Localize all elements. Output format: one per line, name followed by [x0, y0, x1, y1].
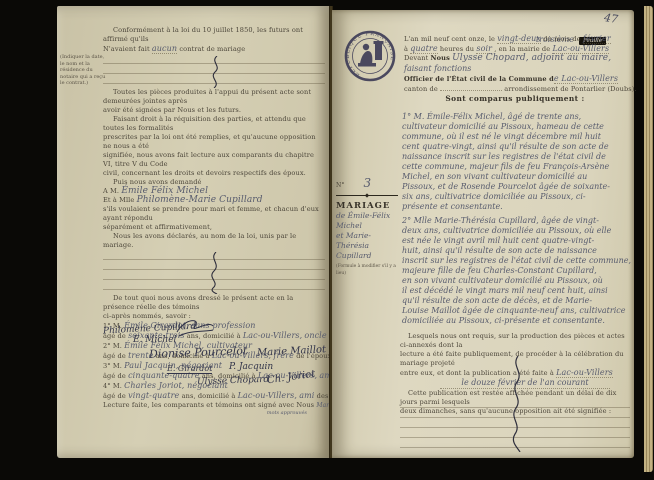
devant-line: Devant Nous Ulysse Chopard, adjoint au m…: [404, 54, 626, 63]
formule-note: (Formule à modifier s'il y a lieu): [336, 264, 398, 277]
droit-line3: signifiée, nous avons fait lecture aux c…: [103, 151, 325, 169]
nous-printed: Nous: [431, 54, 450, 62]
bride-paragraph-line: qu'il résulte de son acte de décès, et d…: [402, 296, 632, 306]
groom-paragraph-line: six ans, cultivatrice domiciliée au Piss…: [402, 192, 630, 202]
bride-name-handwritten: Philomène-Marie Cupillard: [137, 195, 263, 205]
pieces-line2: avoir été signées par Nous et les futurs…: [103, 106, 325, 115]
act-number-handwritten: 3: [364, 176, 372, 190]
bride-paragraph-line: huit, ainsi qu'il résulte de son acte de…: [402, 246, 632, 256]
void-squiggle-icon: [207, 56, 225, 88]
republique-francaise-stamp-icon: RÉPUBLIQUE FRANÇAISE: [344, 30, 396, 82]
no-contract-handwritten: aucun: [152, 44, 177, 54]
bride-paragraph-line: inscrit sur les registres de l'état civi…: [402, 256, 632, 266]
commune-handwritten: e Lac-ou-Villers: [554, 74, 618, 84]
opening-formula: L'an mil neuf cent onze, le vingt-deux d…: [404, 34, 626, 103]
bride-paragraph-line: majeure fille de feu Charles-Constant Cu…: [402, 266, 632, 276]
groom-paragraph-line: Pissoux, et de Rosende Pourcelot âgée de…: [402, 182, 630, 192]
bride-paragraph-line: deux ans, cultivatrice domiciliée au Pis…: [402, 226, 632, 236]
canton-line: canton de arrondissement de Pontarlier (…: [404, 84, 626, 94]
date-mid-printed: du mois de: [543, 35, 581, 43]
canton-blank: [440, 84, 502, 91]
blank-ruled-area-1: [103, 54, 325, 88]
union-line: Nous les avons déclarés, au nom de la lo…: [103, 232, 325, 250]
officier-printed: Officier de l'État civil de la Commune d: [404, 75, 554, 83]
groom-paragraph-line: commune, où il est né le vingt décembre …: [402, 132, 630, 142]
publication-place-handwritten: Lac-ou-Villers: [556, 368, 613, 378]
conformity-line2-printed: N'avaient fait: [103, 45, 150, 53]
approved-words-note: mots approuvés: [103, 410, 325, 416]
void-squiggle-icon: [205, 252, 225, 294]
lecture-line: Lecture faite, les comparants et témoins…: [103, 401, 325, 410]
date-line: L'an mil neuf cent onze, le vingt-deux d…: [404, 34, 626, 44]
devant-printed: Devant: [404, 54, 428, 62]
groom-mother-signature: Dionise Pourcelot: [149, 344, 248, 360]
groom-paragraph-line: cette commune, majeur fils de feu Franço…: [402, 162, 630, 172]
bride-paragraph-line: domiciliée au Pissoux, ci-présente et co…: [402, 316, 632, 326]
groom-signature: E. Michel: [133, 335, 176, 345]
bride-paragraph-line: en son vivant cultivateur domicilié au P…: [402, 276, 632, 286]
bride-paragraph-line: Louise Maillot âgée de cinquante-neuf an…: [402, 306, 632, 316]
date-month-handwritten: février: [583, 34, 611, 44]
bride-label: Et à Mlle: [103, 196, 134, 204]
left-register-page: (Indiquer la date, le nom et la résidenc…: [57, 6, 330, 458]
groom-paragraph-line: 1° M. Émile-Félix Michel, âgé de trente …: [402, 112, 630, 122]
arrondissement-printed: arrondissement de Pontarlier (Doubs).: [504, 85, 636, 93]
requis-line1: Lesquels nous ont requis, sur la product…: [400, 332, 632, 350]
paraphe-flourish-icon: [175, 316, 215, 338]
folio-corner-number: 47: [603, 11, 619, 26]
publication-place-printed: entre eux, et dont la publication a été …: [400, 369, 554, 377]
groom-paragraph-line: cultivateur domicilié au Pissoux, hameau…: [402, 122, 630, 132]
consent-line1: s'ils voulaient se prendre pour mari et …: [103, 205, 325, 223]
witness4-signature: Ch. Joriot: [266, 369, 316, 387]
blank-ruled-area-2: [103, 250, 325, 294]
signature-block: Philomène Cupillard E. Michel Dionise Po…: [57, 322, 330, 402]
comparus-heading: Sont comparus publiquement :: [404, 94, 626, 103]
groom-paragraph-line: présente et consentante.: [402, 202, 630, 212]
officer-name-handwritten: Ulysse Chopard, adjoint au maire,: [452, 53, 611, 63]
groom-paragraph-line: Michel, en son vivant cultivateur domici…: [402, 172, 630, 182]
page-edge-stack: [644, 6, 653, 472]
hour-handwritten: quatre: [410, 44, 437, 54]
groom-label: A M.: [103, 187, 119, 195]
officer-signature: Ulysse Chopard: [197, 375, 270, 388]
droit-line2: prescrites par la loi ont été remplies, …: [103, 133, 325, 151]
conformity-line2: N'avaient fait aucun contrat de mariage: [103, 44, 325, 54]
margin-bride-name: et Marie-Thérésia: [336, 231, 398, 251]
mairie-printed: , en la mairie de: [494, 45, 550, 53]
witness3-signature: P. Jacquin: [229, 362, 273, 372]
fonctions-handwritten: faisant fonctions: [404, 63, 626, 74]
groom-paragraph: 1° M. Émile-Félix Michel, âgé de trente …: [402, 112, 630, 212]
bride-line: Et à Mlle Philomène-Marie Cupillard: [103, 196, 325, 205]
lecture-printed: Lecture faite, les comparants et témoins…: [103, 401, 314, 409]
bride-paragraph: 2° Mlle Marie-Thérésia Cupillard, âgée d…: [402, 216, 632, 326]
margin-ornament-rule: [336, 195, 398, 196]
groom-paragraph-line: cent quatre-vingt, ainsi qu'il résulte d…: [402, 142, 630, 152]
bride-paragraph-line: il est décédé le vingt mars mil neuf cen…: [402, 286, 632, 296]
hour-mid-printed: heures du: [440, 45, 474, 53]
register-photo: { "left": { "margin_note": "(Indiquer la…: [0, 0, 654, 480]
witness1-signature: E. Girardot: [167, 364, 212, 374]
pieces-line1: Toutes les pièces produites à l'appui du…: [103, 88, 325, 106]
date-day-handwritten: vingt-deux: [497, 34, 541, 44]
conformity-line1: Conformément à la loi du 10 juillet 1850…: [103, 26, 325, 44]
void-squiggle-icon: [506, 356, 528, 452]
blank-ruled-area-3: [400, 398, 630, 448]
bride-paragraph-line: est née le vingt avril mil huit cent qua…: [402, 236, 632, 246]
date-printed: L'an mil neuf cent onze, le: [404, 35, 495, 43]
officier-line: Officier de l'État civil de la Commune d…: [404, 74, 626, 84]
hour-pre-printed: à: [404, 45, 408, 53]
act-margin-block: N° 3 MARIAGE de Émile-Félix Michel et Ma…: [336, 172, 398, 277]
temoins-line1: De tout quoi nous avons dressé le présen…: [103, 294, 325, 312]
act-number-label: N°: [336, 182, 344, 189]
mariage-heading: MARIAGE: [336, 201, 398, 211]
right-register-page: 47 troisième Feuille RÉPUBLIQUE FRANÇAIS…: [332, 10, 634, 458]
act-number-line: N° 3: [336, 172, 398, 191]
bride-mother-signature: Marie Maillot: [257, 344, 327, 359]
droit-line1: Faisant droit à la réquisition des parti…: [103, 115, 325, 133]
conformity-line2-end: contrat de mariage: [179, 45, 245, 53]
droit-line4: civil, concernant les droits et devoirs …: [103, 169, 325, 178]
bride-paragraph-line: 2° Mlle Marie-Thérésia Cupillard, âgée d…: [402, 216, 632, 226]
canton-printed: canton de: [404, 85, 438, 93]
consent-line2: séparément et affirmativement,: [103, 223, 325, 232]
margin-groom-name: de Émile-Félix Michel: [336, 211, 398, 231]
notary-margin-note: (Indiquer la date, le nom et la résidenc…: [60, 54, 106, 87]
margin-bride-surname: Cupillard: [336, 251, 398, 261]
groom-paragraph-line: naissance inscrit sur les registres de l…: [402, 152, 630, 162]
